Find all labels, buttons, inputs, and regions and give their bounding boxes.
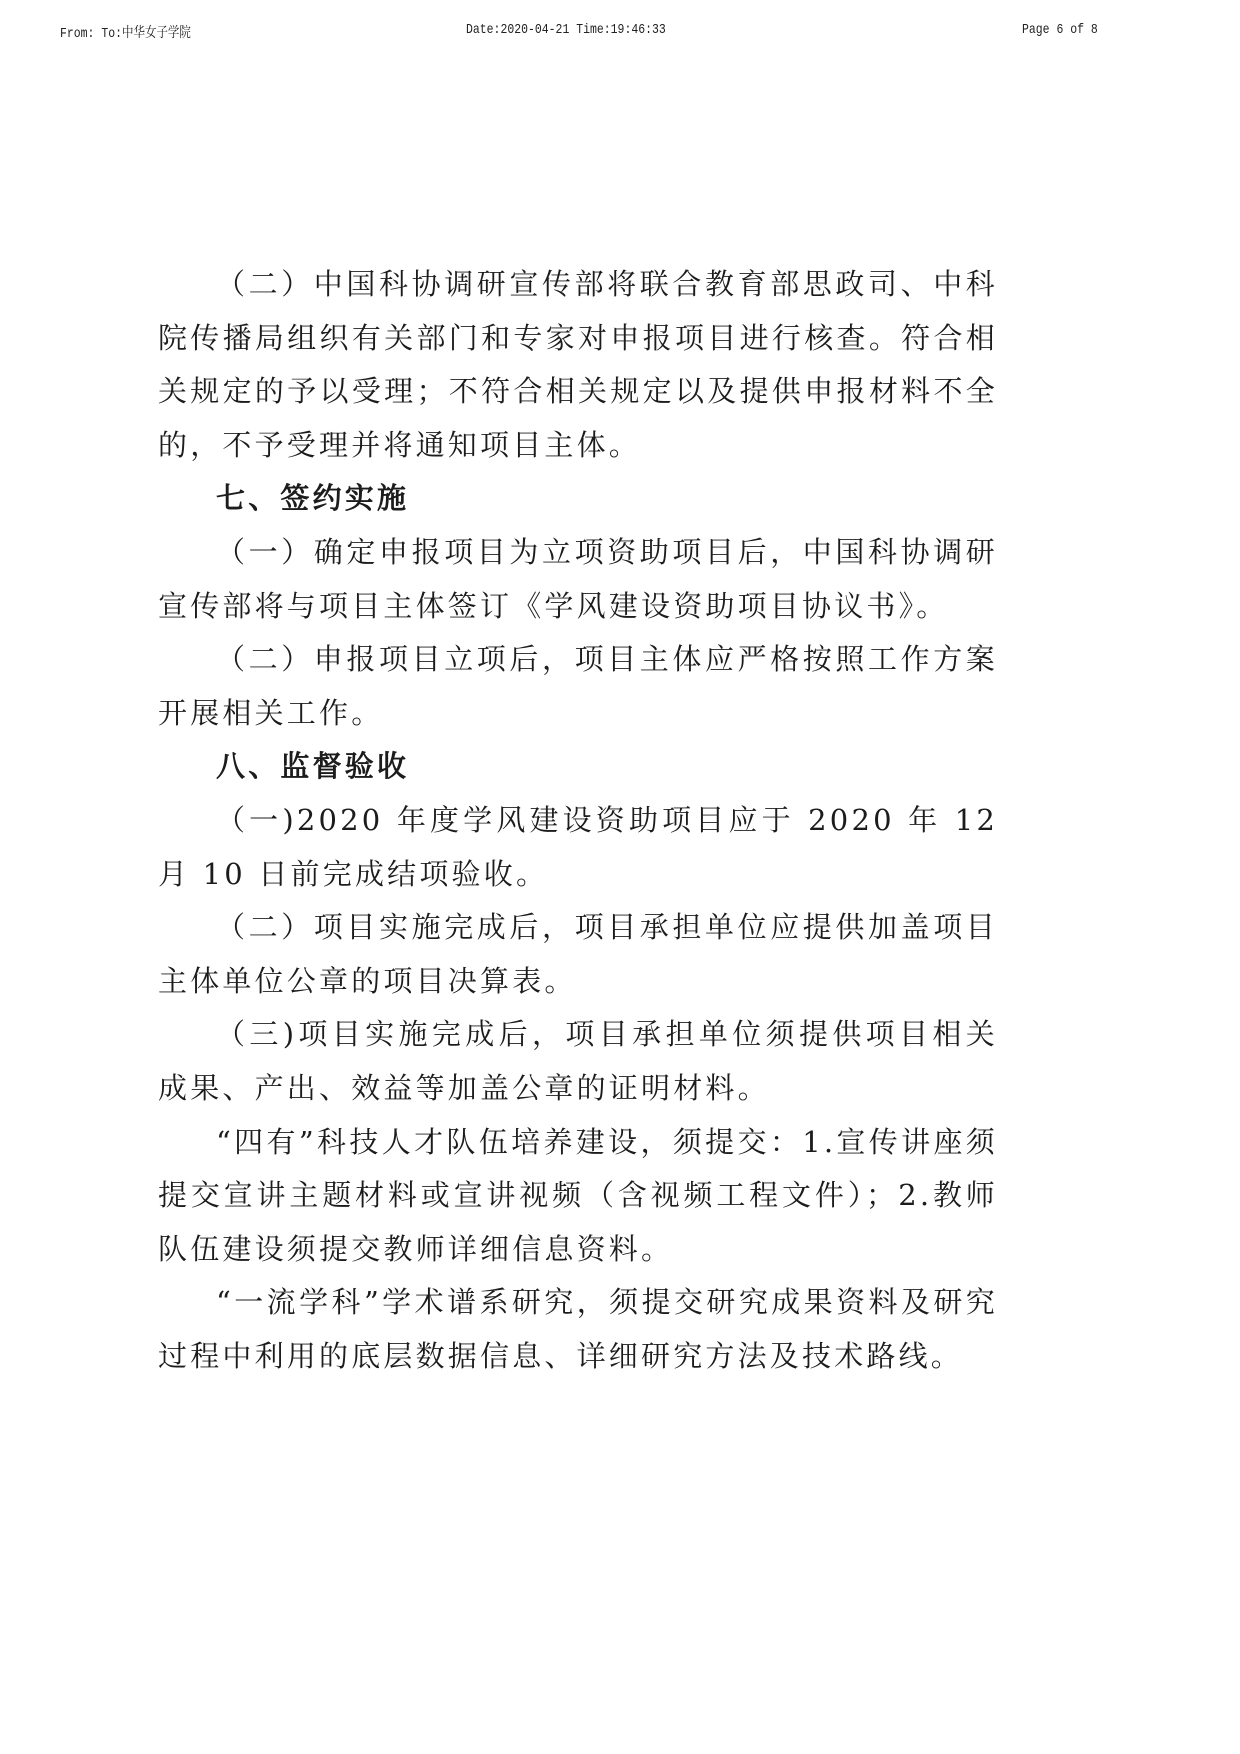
- paragraph-review: （二）中国科协调研宣传部将联合教育部思政司、中科院传播局组织有关部门和专家对申报…: [158, 258, 998, 472]
- paragraph-agreement: （一）确定申报项目为立项资助项目后，中国科协调研宣传部将与项目主体签订《学风建设…: [158, 526, 998, 633]
- fax-from-to: From: To:中华女子学院: [60, 22, 191, 42]
- paragraph-talent-building: “四有”科技人才队伍培养建设，须提交：1.宣传讲座须提交宣讲主题材料或宣讲视频（…: [158, 1116, 998, 1277]
- fax-date-time: Date:2020-04-21 Time:19:46:33: [466, 22, 666, 38]
- paragraph-final-accounts: （二）项目实施完成后，项目承担单位应提供加盖项目主体单位公章的项目决算表。: [158, 901, 998, 1008]
- paragraph-implementation: （二）申报项目立项后，项目主体应严格按照工作方案开展相关工作。: [158, 633, 998, 740]
- fax-header: From: To:中华女子学院 Date:2020-04-21 Time:19:…: [0, 22, 1240, 48]
- fax-page-number: Page 6 of 8: [1022, 22, 1098, 38]
- section-heading-signing: 七、签约实施: [158, 472, 998, 526]
- section-heading-supervision: 八、监督验收: [158, 740, 998, 794]
- document-body: （二）中国科协调研宣传部将联合教育部思政司、中科院传播局组织有关部门和专家对申报…: [158, 258, 998, 1383]
- paragraph-proof-materials: （三)项目实施完成后，项目承担单位须提供项目相关成果、产出、效益等加盖公章的证明…: [158, 1008, 998, 1115]
- paragraph-deadline: （一)2020 年度学风建设资助项目应于 2020 年 12 月 10 日前完成…: [158, 794, 998, 901]
- paragraph-discipline-research: “一流学科”学术谱系研究，须提交研究成果资料及研究过程中利用的底层数据信息、详细…: [158, 1276, 998, 1383]
